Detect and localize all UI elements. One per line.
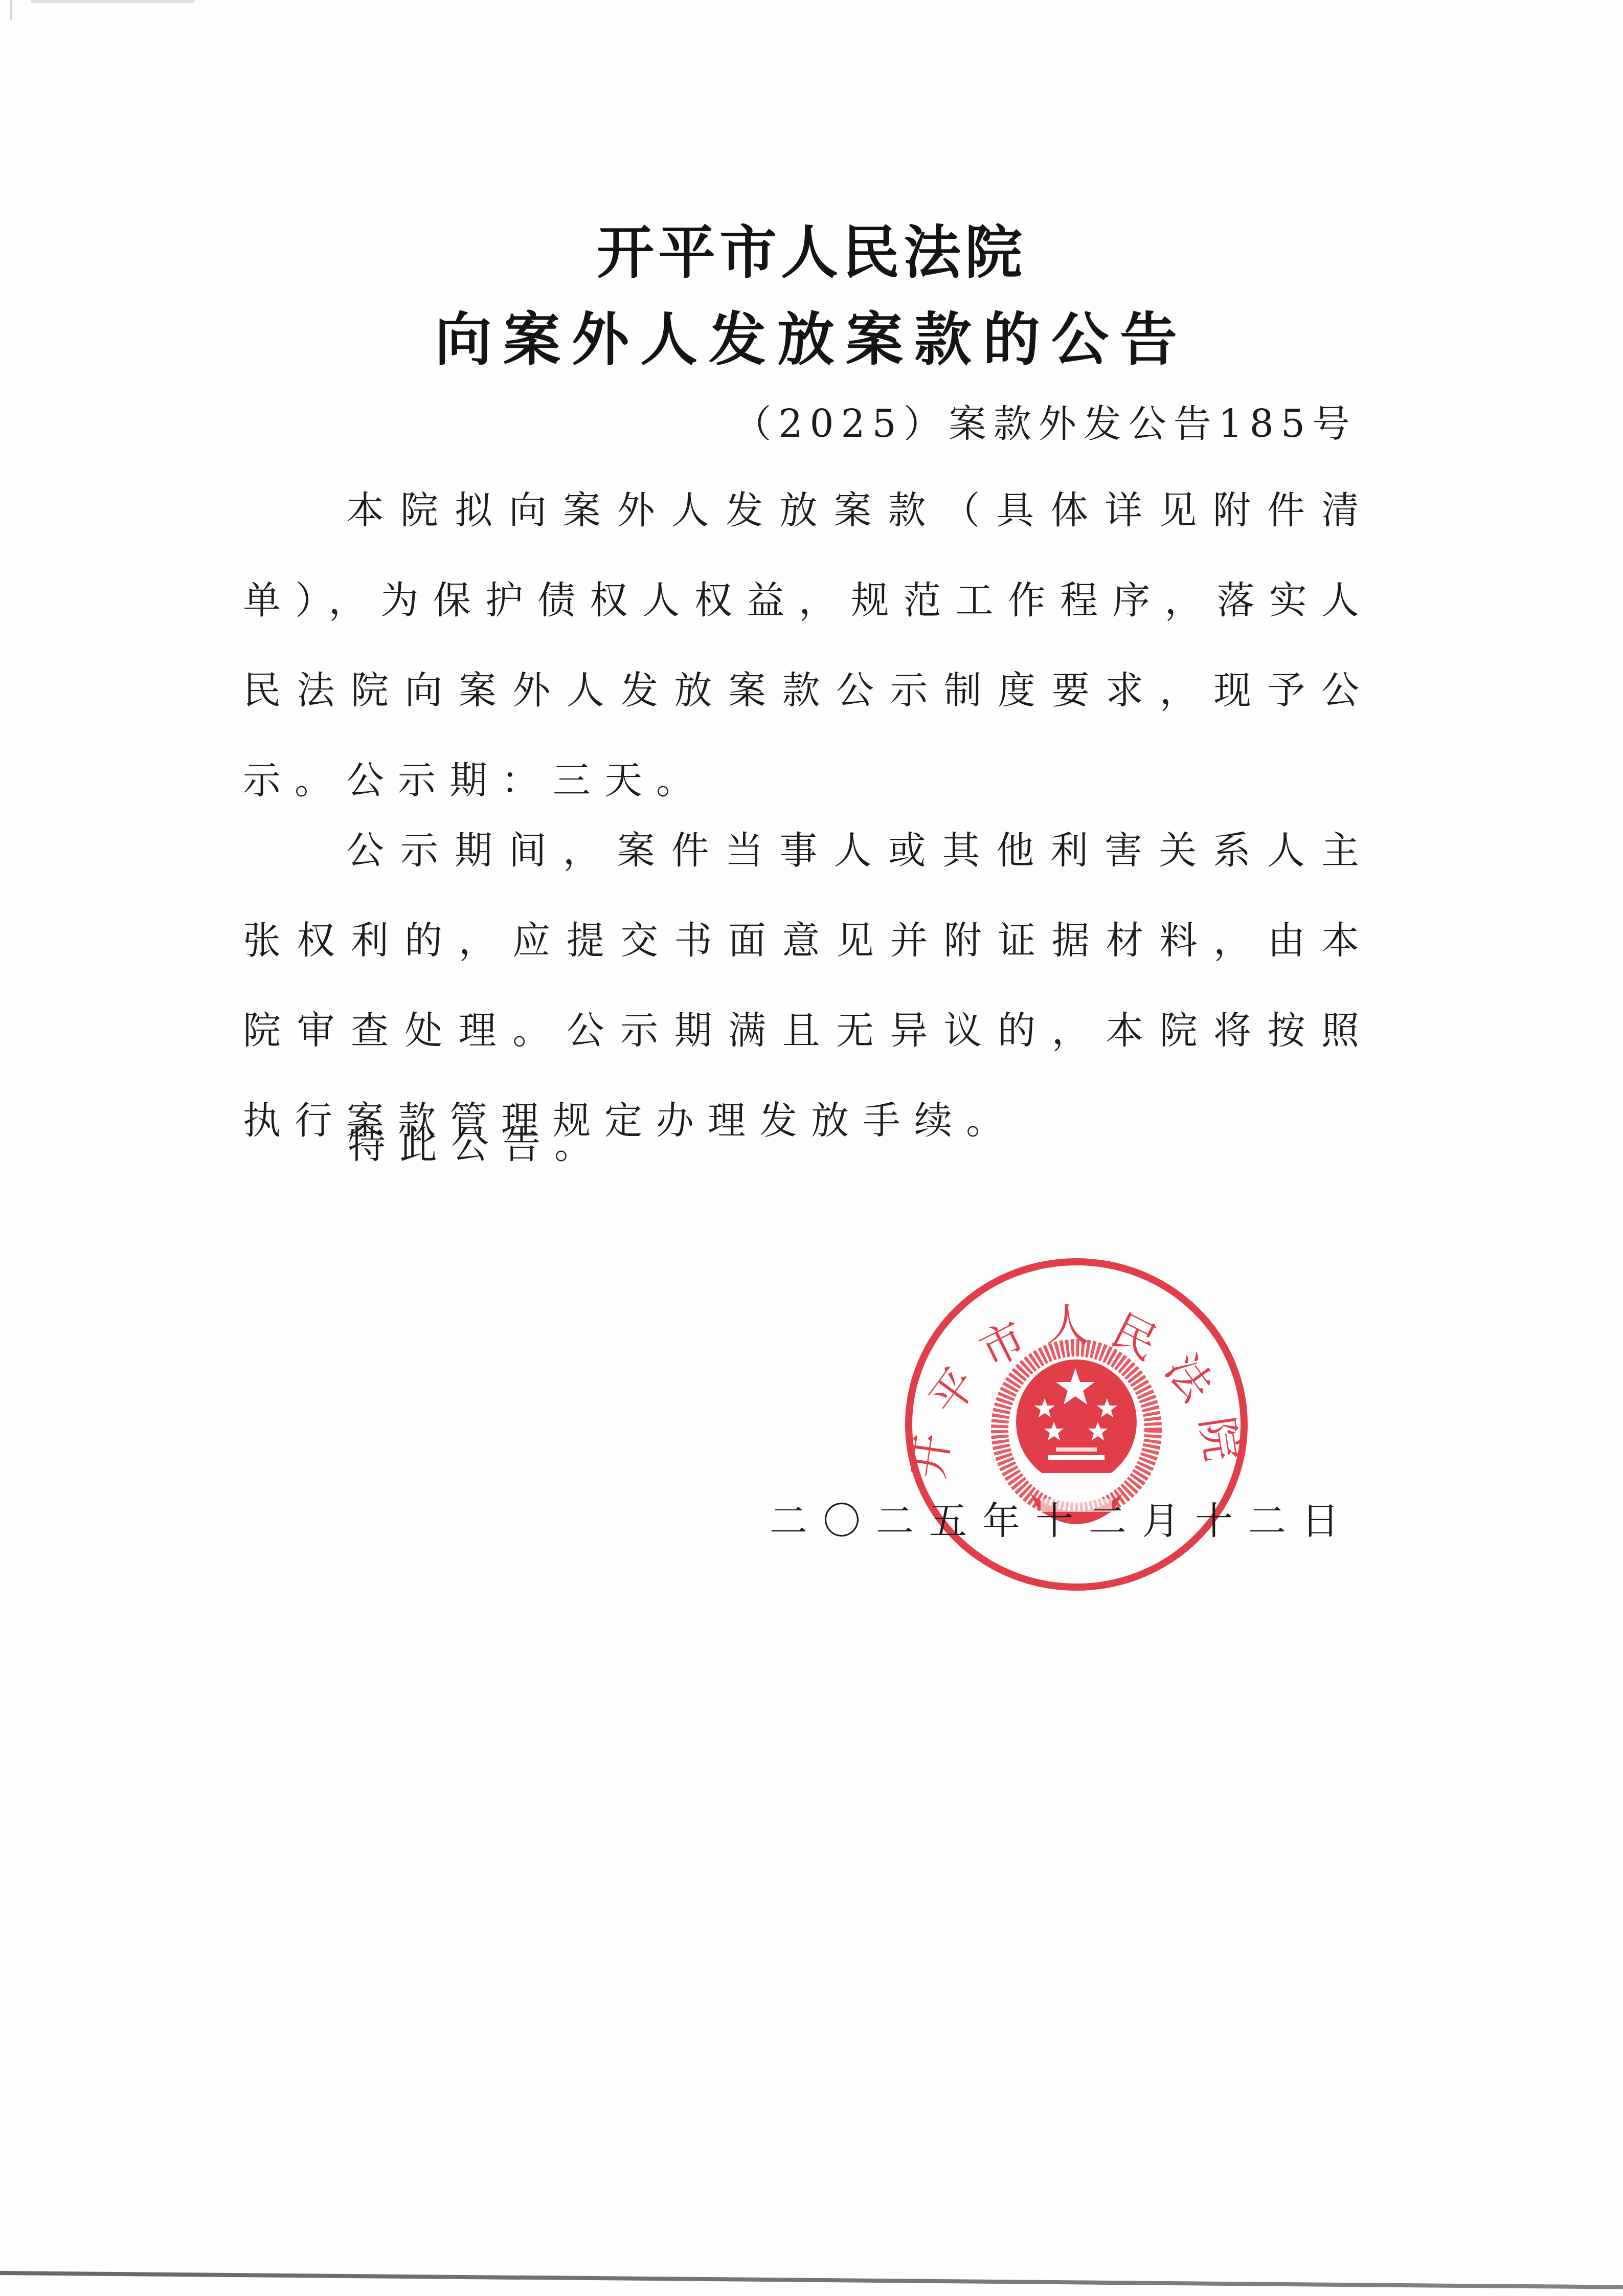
scan-edge-mark — [10, 0, 12, 20]
paragraph-text: 本院拟向案外人发放案款（具体详见附件清单），为保护债权人权益，规范工作程序，落实… — [243, 465, 1373, 826]
body-paragraph-1: 本院拟向案外人发放案款（具体详见附件清单），为保护债权人权益，规范工作程序，落实… — [243, 465, 1373, 826]
court-name-title: 开平市人民法院 — [0, 207, 1623, 289]
document-page: 开平市人民法院 向案外人发放案款的公告 （2025）案款外发公告185号 本院拟… — [0, 0, 1623, 2296]
closing-statement: 特此公告。 — [348, 1115, 606, 1169]
scan-edge-mark — [0, 2271, 1623, 2289]
document-number: （2025）案款外发公告185号 — [733, 394, 1357, 448]
notice-title: 向案外人发放案款的公告 — [0, 294, 1623, 376]
scan-edge-mark — [31, 0, 194, 3]
body-paragraph-2: 公示期间，案件当事人或其他利害关系人主张权利的，应提交书面意见并附证据材料，由本… — [243, 806, 1373, 1166]
paragraph-text: 公示期间，案件当事人或其他利害关系人主张权利的，应提交书面意见并附证据材料，由本… — [243, 806, 1373, 1166]
issue-date: 二〇二五年十二月十二日 — [770, 1491, 1355, 1545]
